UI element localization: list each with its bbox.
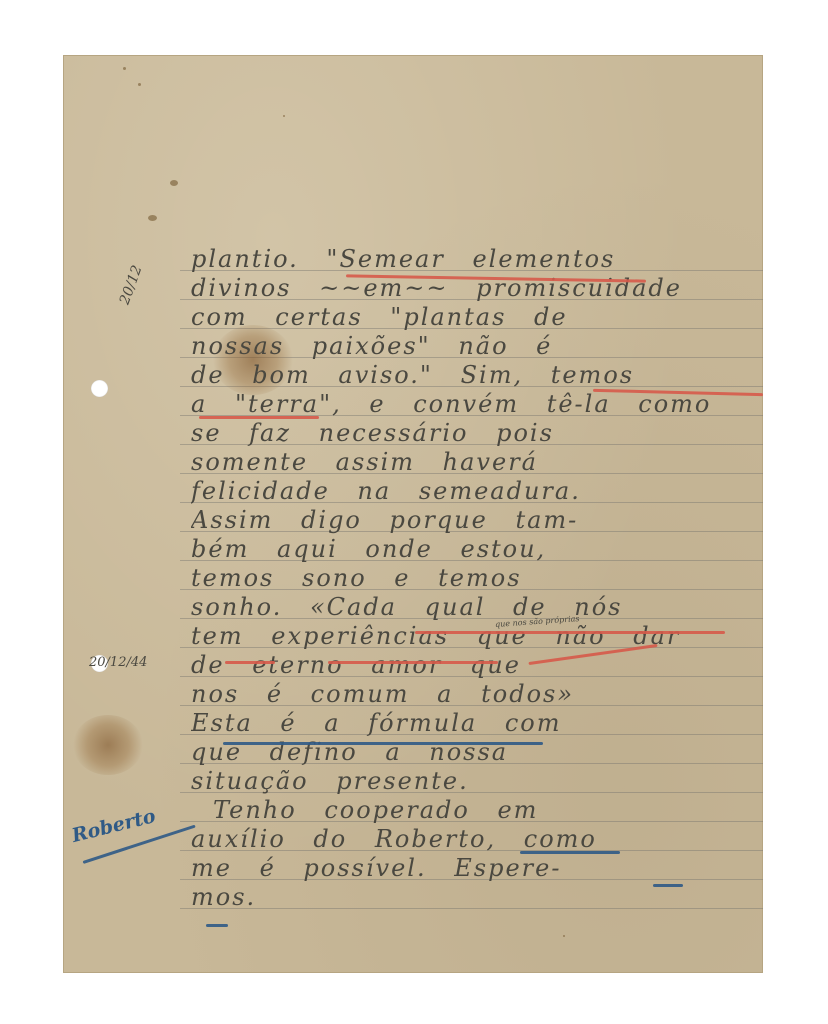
text-line: Tenho cooperado em — [213, 796, 783, 825]
text-line: Esta é a fórmula com — [191, 709, 761, 738]
speck — [170, 180, 178, 186]
red-underline — [199, 416, 319, 419]
text-line: temos sono e temos — [191, 564, 761, 593]
text-line: nos é comum a todos» — [191, 680, 761, 709]
letter-page: 20/12 20/12/44 Roberto plantio. "Semear … — [63, 55, 763, 973]
blue-underline — [206, 924, 228, 927]
text-line: com certas "plantas de — [191, 303, 761, 332]
speck — [148, 215, 157, 221]
text-line: nossas paixões" não é — [191, 332, 761, 361]
text-line: de eterno amor que — [191, 651, 761, 680]
text-line: somente assim haverá — [191, 448, 761, 477]
text-line: de bom aviso." Sim, temos — [191, 361, 761, 390]
red-underline — [328, 661, 498, 664]
text-line: felicidade na semeadura. — [191, 477, 761, 506]
text-line: auxílio do Roberto, como — [191, 825, 761, 854]
punch-hole — [91, 380, 108, 397]
speck — [123, 67, 126, 70]
stain — [73, 715, 143, 775]
text-line: mos. — [191, 883, 761, 912]
text-line: Assim digo porque tam- — [191, 506, 761, 535]
text-line: me é possível. Espere- — [191, 854, 761, 883]
text-line: tem experiências que não dar — [191, 622, 761, 651]
speck — [138, 83, 141, 86]
speck — [563, 935, 565, 937]
red-underline — [415, 631, 725, 634]
text-line: plantio. "Semear elementos — [191, 245, 761, 274]
blue-underline — [520, 851, 620, 854]
text-line: situação presente. — [191, 767, 761, 796]
blue-underline — [653, 884, 683, 887]
text-line: bém aqui onde estou, — [191, 535, 761, 564]
text-line: a "terra", e convém tê-la como — [191, 390, 761, 419]
text-line: sonho. «Cada qual de nós — [191, 593, 761, 622]
text-line: se faz necessário pois — [191, 419, 761, 448]
margin-date-bottom: 20/12/44 — [89, 655, 147, 670]
red-underline — [225, 661, 275, 664]
margin-date-top: 20/12 — [117, 263, 146, 306]
speck — [283, 115, 285, 117]
blue-underline — [223, 742, 543, 745]
